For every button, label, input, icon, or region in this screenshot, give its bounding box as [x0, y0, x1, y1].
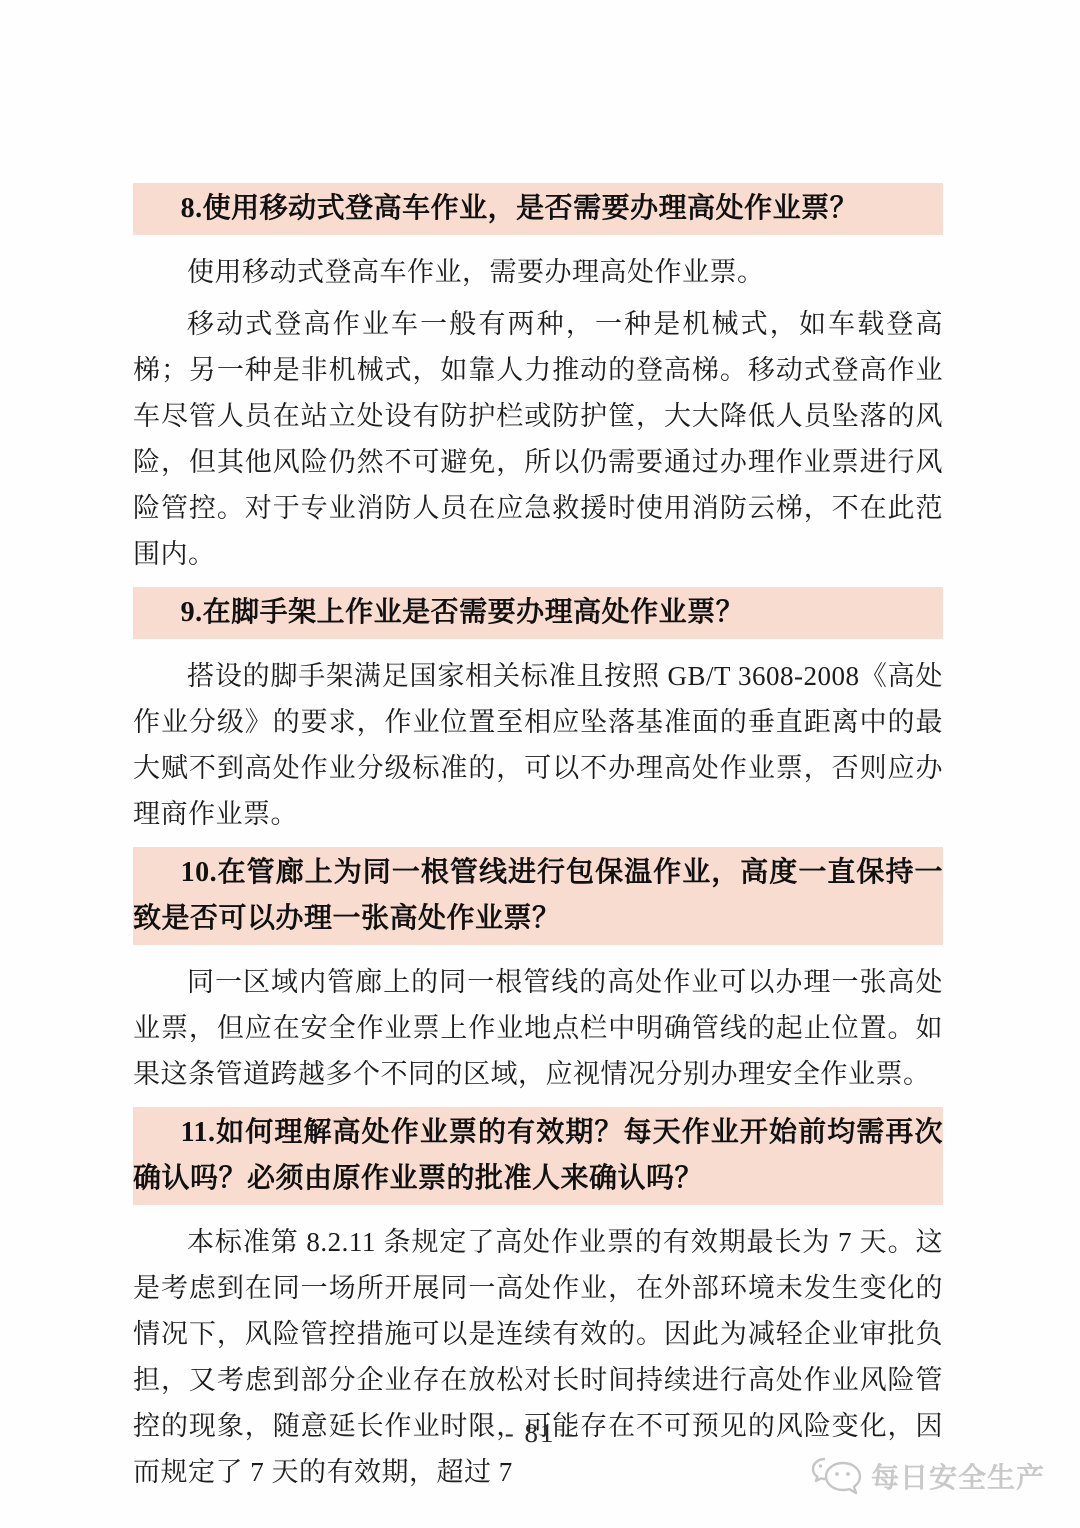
answer-paragraph-10: 同一区域内管廊上的同一根管线的高处作业可以办理一张高处业票，但应在安全作业票上作… — [133, 959, 943, 1097]
wechat-icon — [811, 1455, 863, 1497]
answer-paragraph-8-1: 使用移动式登高车作业，需要办理高处作业票。 — [133, 249, 943, 295]
question-heading-8: 8.使用移动式登高车作业，是否需要办理高处作业票？ — [133, 183, 943, 235]
document-content: 8.使用移动式登高车作业，是否需要办理高处作业票？ 使用移动式登高车作业，需要办… — [133, 0, 943, 1495]
watermark: 每日安全生产 — [811, 1455, 1045, 1497]
question-heading-11: 11.如何理解高处作业票的有效期？每天作业开始前均需再次确认吗？必须由原作业票的… — [133, 1107, 943, 1205]
answer-paragraph-9: 搭设的脚手架满足国家相关标准且按照 GB/T 3608-2008《高处作业分级》… — [133, 653, 943, 837]
answer-paragraph-8-2: 移动式登高作业车一般有两种，一种是机械式，如车载登高梯；另一种是非机械式，如靠人… — [133, 301, 943, 577]
question-heading-9: 9.在脚手架上作业是否需要办理高处作业票？ — [133, 587, 943, 639]
question-heading-10: 10.在管廊上为同一根管线进行包保温作业，高度一直保持一致是否可以办理一张高处作… — [133, 847, 943, 945]
page-number: - 81 - — [0, 1418, 1080, 1449]
answer-paragraph-11: 本标准第 8.2.11 条规定了高处作业票的有效期最长为 7 天。这是考虑到在同… — [133, 1219, 943, 1495]
watermark-text: 每日安全生产 — [871, 1456, 1045, 1496]
document-page: 8.使用移动式登高车作业，是否需要办理高处作业票？ 使用移动式登高车作业，需要办… — [0, 0, 1080, 1528]
